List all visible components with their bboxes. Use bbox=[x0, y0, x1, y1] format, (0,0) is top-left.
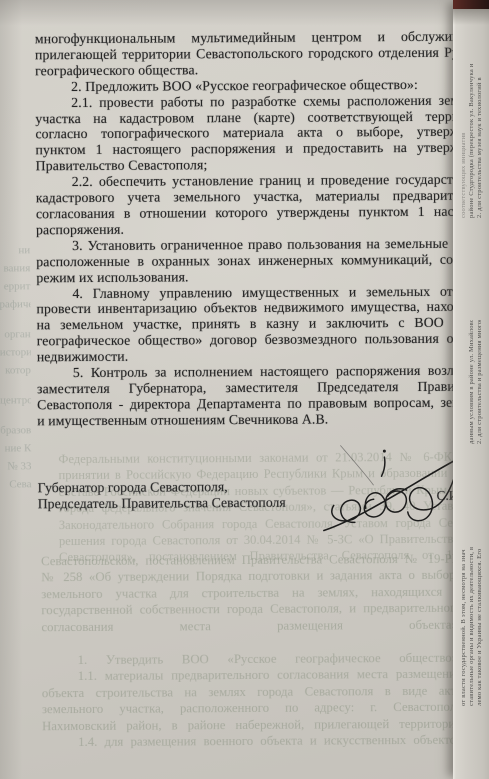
ghost-fragment: ни bbox=[0, 244, 30, 256]
ghost-fragment: ние К bbox=[0, 442, 31, 454]
ghost-fragment: вания bbox=[0, 262, 30, 274]
body-line: расположенные в охранных зонах инженерны… bbox=[36, 251, 460, 269]
body-line: пунктом 1 настоящего распоряжения и пред… bbox=[35, 140, 459, 158]
ghost-line: земельного участка, расположенного по ад… bbox=[42, 699, 462, 718]
rotated-text-line: 2. для строительства музея наук и технол… bbox=[476, 46, 484, 218]
rotated-sidetext-segment: 2. для строительства и размещения многоф… bbox=[468, 320, 484, 444]
page-content: многофункциональным мультимедийным центр… bbox=[0, 0, 489, 779]
rotated-text-line: данным условиям в районе ул. Михайловска… bbox=[468, 320, 476, 444]
rotated-sidetext-segment: 2. для строительства музея наук и технол… bbox=[460, 46, 484, 218]
body-line: географическое общество» договор безвозм… bbox=[37, 331, 461, 349]
underlying-page-edge: 2. для строительства музея наук и технол… bbox=[453, 0, 489, 779]
decree-body: многофункциональным мультимедийным центр… bbox=[35, 29, 461, 429]
ghost-line: государственной собственности города Сев… bbox=[41, 600, 461, 619]
ghost-fragment: котор bbox=[0, 364, 31, 376]
ghost-fragment: центро bbox=[0, 394, 31, 406]
ghost-fragment: № 33 bbox=[0, 460, 31, 472]
ghost-line: 1.4. для размещения военного объекта и и… bbox=[42, 732, 462, 751]
ghost-fragment: еррит bbox=[0, 280, 30, 292]
ghost-fragment: истори bbox=[0, 346, 31, 358]
handwritten-signature bbox=[320, 433, 471, 548]
rotated-text-line: от власти государственной. В этом, несмо… bbox=[460, 498, 468, 706]
body-line: согласования в отношении которого утверж… bbox=[36, 204, 460, 222]
ghost-fragment: рафиче bbox=[0, 298, 31, 310]
body-line: Севастополя - директора Департамента по … bbox=[37, 395, 461, 413]
ghost-fragment: бразов bbox=[0, 424, 31, 436]
rotated-text-line: лемо как таковое и Украины не сталкивающ… bbox=[476, 498, 484, 706]
body-line: прилегающей территории Севастопольского … bbox=[35, 45, 459, 63]
rotated-text-line: 2. для строительства и размещения многоф… bbox=[476, 320, 484, 444]
ghost-fragment: орган bbox=[0, 328, 31, 340]
body-line: и имущественным отношениям Свечникова А.… bbox=[37, 410, 461, 428]
document-photo: многофункциональным мультимедийным центр… bbox=[0, 0, 489, 779]
edge-shadow bbox=[453, 9, 489, 25]
ghost-fragment: Сева bbox=[1, 478, 32, 490]
binder-dark-band bbox=[453, 0, 489, 9]
rotated-text-line: районе Студгородка (перекресток ул. Ваку… bbox=[468, 46, 476, 218]
rotated-sidetext-segment: лемо как таковое и Украины не сталкивающ… bbox=[460, 498, 484, 706]
showthrough-text-bottom: Севастопольском, постановлением Правител… bbox=[41, 551, 462, 751]
rotated-text-line: соответствующих инициатив bbox=[460, 46, 468, 218]
ghost-line: согласования места размещения объекта»: bbox=[41, 616, 461, 635]
body-line: 2.1. провести работы по разработке схемы… bbox=[35, 92, 459, 110]
rotated-text-line: ставительные органы и видимость их деяте… bbox=[468, 498, 476, 706]
